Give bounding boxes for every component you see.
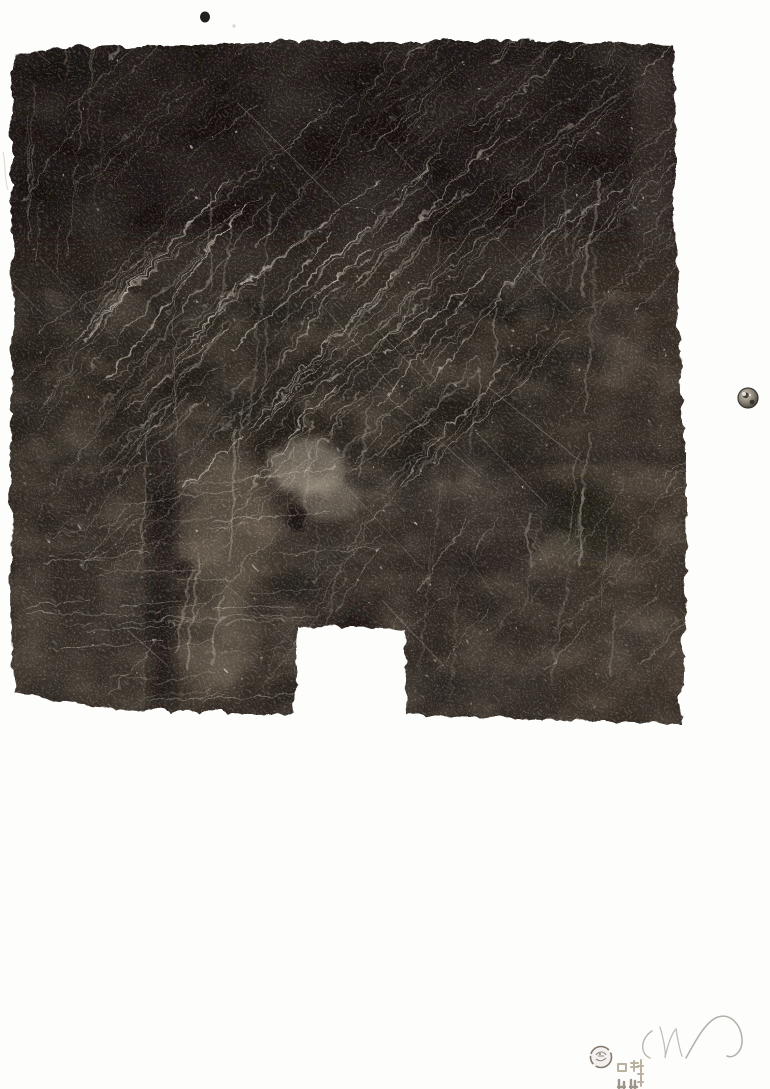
ink-block (0, 0, 765, 730)
paper-speck (232, 24, 235, 27)
ink-dot (200, 12, 210, 23)
collector-stamp (591, 1047, 612, 1068)
artwork-photo (0, 0, 770, 1089)
grommet-dot (738, 388, 758, 408)
grain-overlay (5, 36, 690, 726)
